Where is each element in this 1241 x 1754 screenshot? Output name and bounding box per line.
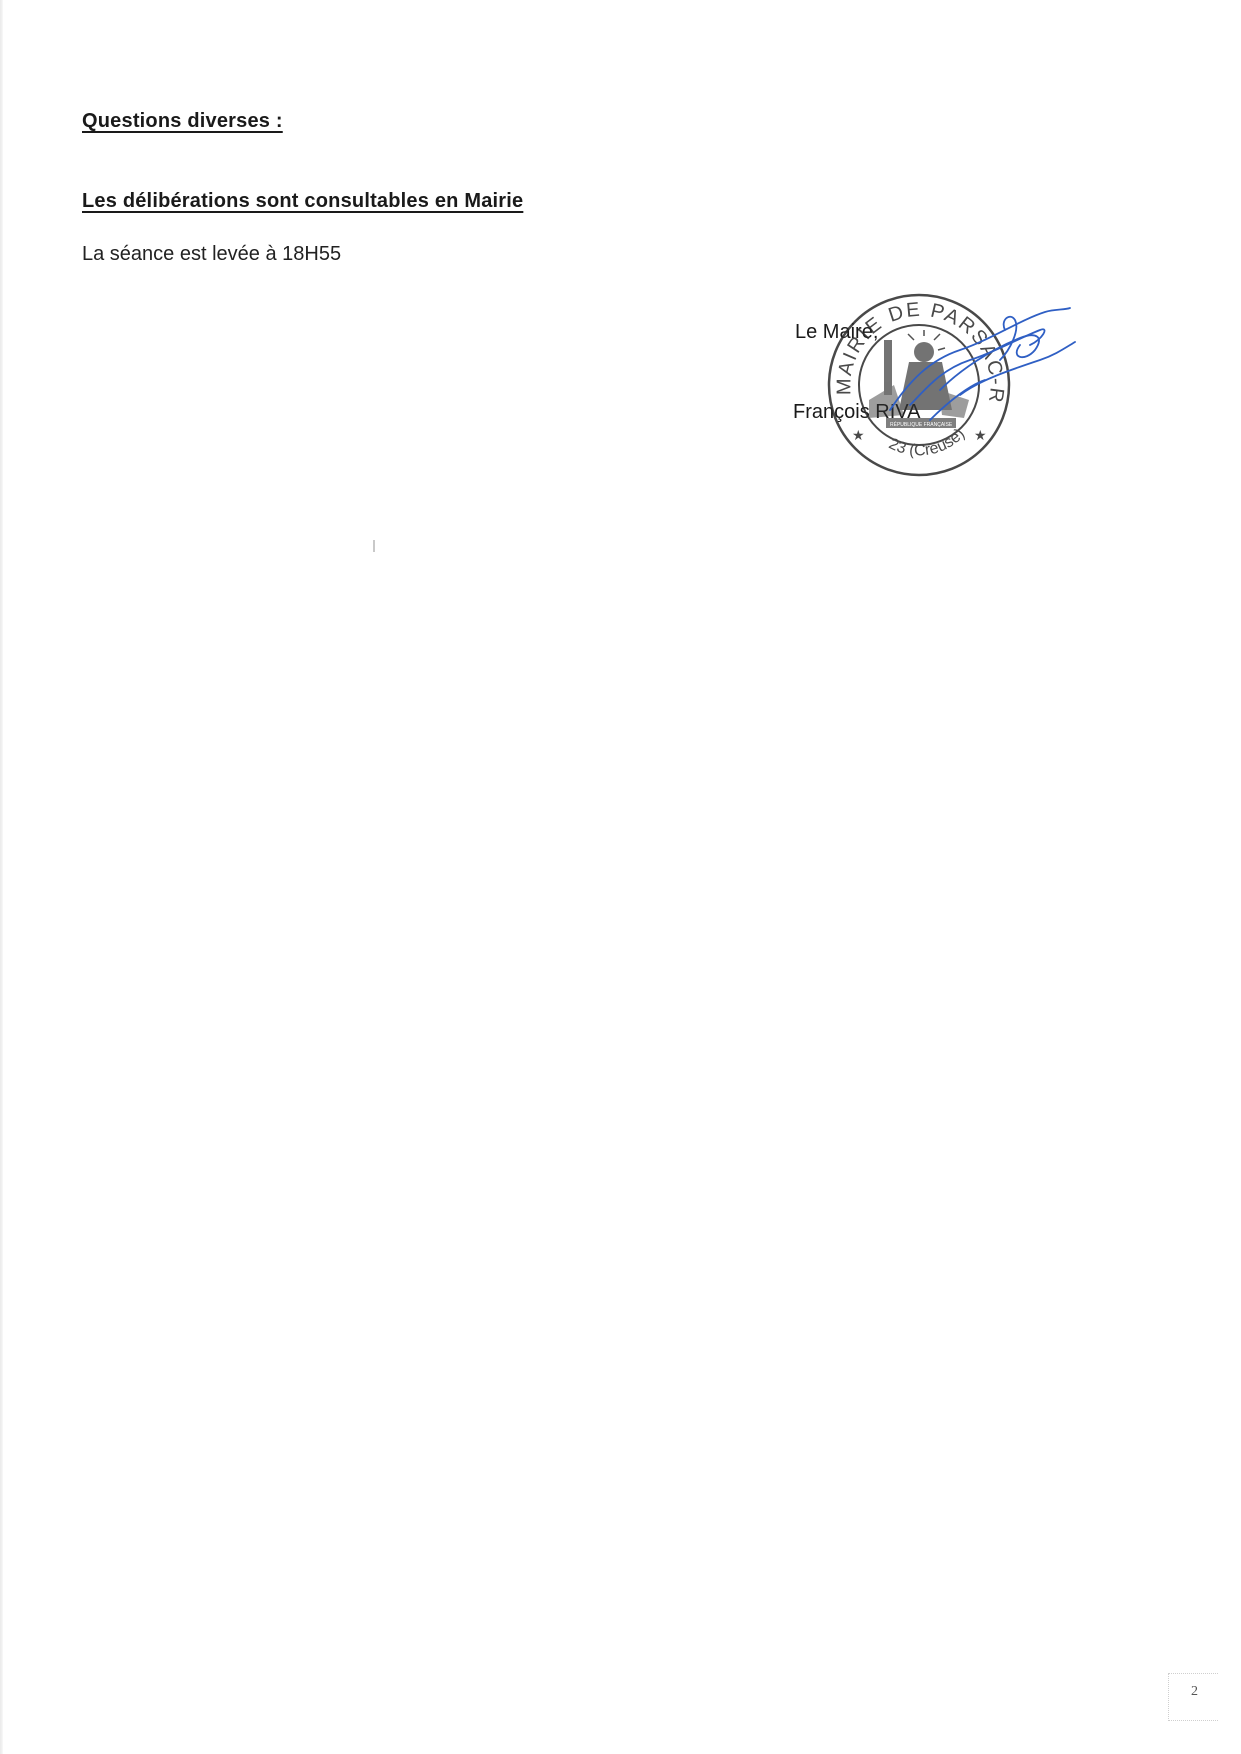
page-number: 2 [1191,1684,1198,1700]
page-number-box: 2 [1168,1673,1218,1721]
svg-text:★: ★ [852,427,865,443]
scan-artifact [373,540,375,552]
deliberations-heading: Les délibérations sont consultables en M… [82,190,523,213]
questions-diverses-heading: Questions diverses : [82,110,283,133]
scan-edge [0,0,3,1754]
signature-block: Le Maire, François RIVA MAIRIE DE PARSAC… [790,270,1090,480]
closing-statement: La séance est levée à 18H55 [82,243,341,266]
handwritten-signature-icon [870,300,1090,440]
